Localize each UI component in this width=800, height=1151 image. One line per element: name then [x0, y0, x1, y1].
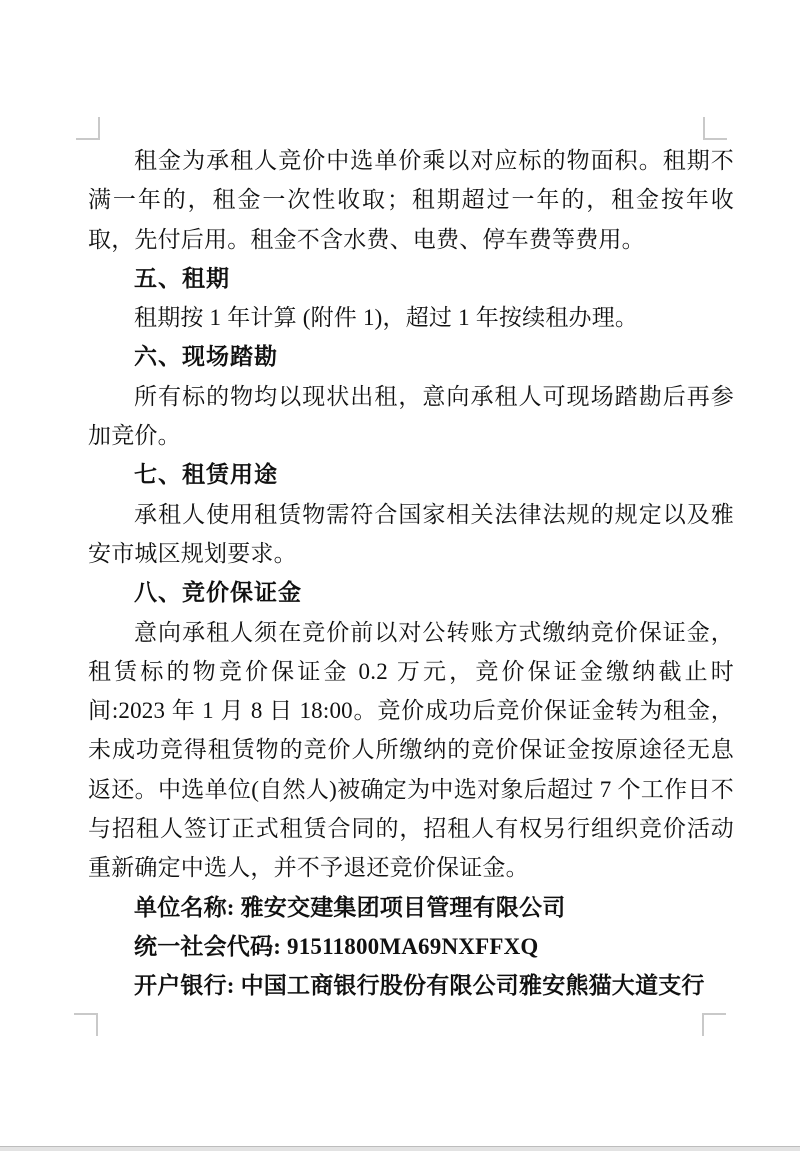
heading-section-5-lease-term: 五、租期 — [88, 259, 734, 298]
horizontal-scrollbar-track[interactable] — [0, 1146, 800, 1151]
heading-section-7-lease-use: 七、租赁用途 — [88, 455, 734, 494]
margin-crop-mark-top-left — [76, 117, 100, 140]
heading-section-6-site-survey: 六、现场踏勘 — [88, 337, 734, 376]
paragraph-bid-deposit: 意向承租人须在竞价前以对公转账方式缴纳竞价保证金，租赁标的物竞价保证金 0.2 … — [88, 613, 734, 888]
margin-crop-mark-top-right — [703, 117, 727, 140]
info-line-unit-name: 单位名称: 雅安交建集团项目管理有限公司 — [88, 888, 734, 927]
paragraph-lease-use: 承租人使用租赁物需符合国家相关法律法规的规定以及雅安市城区规划要求。 — [88, 495, 734, 574]
document-body: 租金为承租人竞价中选单价乘以对应标的物面积。租期不满一年的，租金一次性收取；租期… — [88, 141, 734, 1006]
info-line-bank: 开户银行: 中国工商银行股份有限公司雅安熊猫大道支行 — [88, 966, 734, 1005]
document-page: 租金为承租人竞价中选单价乘以对应标的物面积。租期不满一年的，租金一次性收取；租期… — [0, 0, 800, 1151]
margin-crop-mark-bottom-right — [702, 1013, 726, 1036]
margin-crop-mark-bottom-left — [74, 1013, 98, 1036]
heading-section-8-bid-deposit: 八、竞价保证金 — [88, 573, 734, 612]
paragraph-rent-terms: 租金为承租人竞价中选单价乘以对应标的物面积。租期不满一年的，租金一次性收取；租期… — [88, 141, 734, 259]
paragraph-site-survey: 所有标的物均以现状出租，意向承租人可现场踏勘后再参加竞价。 — [88, 377, 734, 456]
info-line-social-credit-code: 统一社会代码: 91511800MA69NXFFXQ — [88, 927, 734, 966]
paragraph-lease-term: 租期按 1 年计算 (附件 1)，超过 1 年按续租办理。 — [88, 298, 734, 337]
